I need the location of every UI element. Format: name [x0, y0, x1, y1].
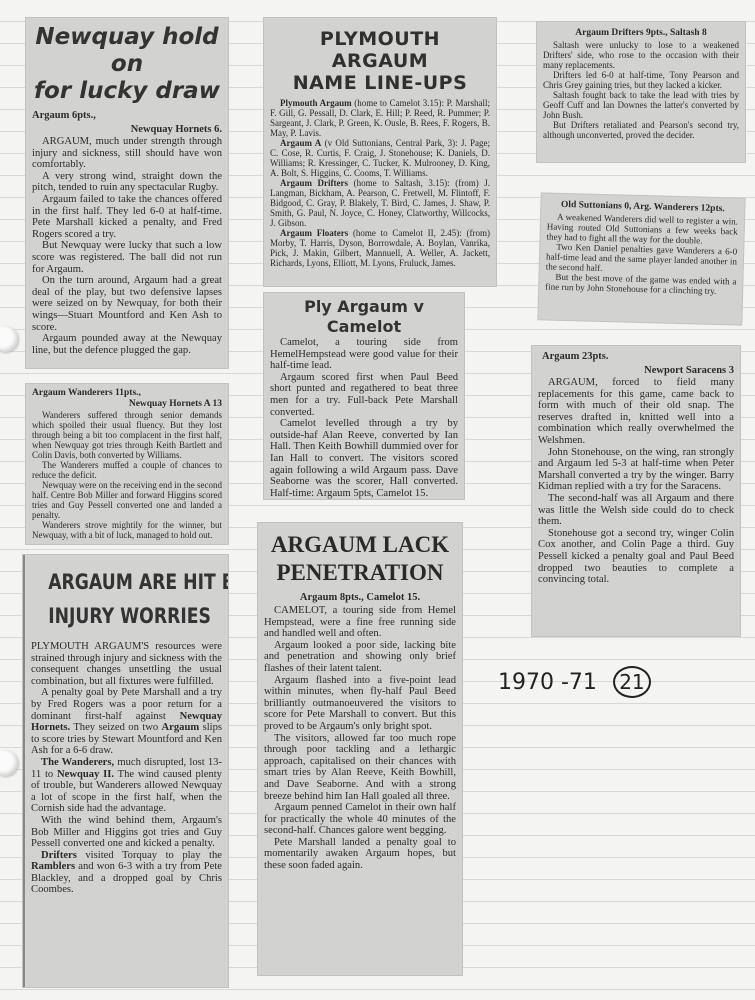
paragraph: PLYMOUTH ARGAUM'S resources were straine… — [31, 641, 222, 687]
handwritten-annotation: 1970 -7121 — [498, 666, 651, 698]
paragraph: Saltash were unlucky to lose to a weaken… — [543, 40, 739, 70]
headline-line: PLYMOUTH ARGAUM — [270, 28, 490, 72]
paragraph: Newquay were on the receiving end in the… — [32, 480, 222, 520]
paragraph: But Drifters retaliated and Pearson's se… — [543, 120, 739, 140]
paragraph: Drifters led 6-0 at half-time, Tony Pear… — [543, 70, 739, 90]
paragraph: A weakened Wanderers did well to registe… — [546, 212, 738, 247]
team-name: Argaum Floaters — [280, 228, 348, 238]
paragraph: The second-half was all Argaum and there… — [538, 493, 734, 528]
score-home: Argaum 6pts., — [32, 109, 222, 123]
page-number-circled: 21 — [613, 666, 651, 698]
headline-line: PENETRATION — [264, 559, 456, 587]
paragraph: Camelot, a touring side from HemelHempst… — [270, 337, 458, 372]
paragraph: ARGAUM, much under strength through inju… — [32, 136, 222, 171]
headline-line: ARGAUM ARE HIT BY — [48, 565, 205, 599]
headline-line: ARGAUM LACK — [264, 531, 456, 559]
score-home: Argaum 23pts. — [538, 350, 734, 364]
paragraph: Drifters visited Torquay to play the Ram… — [31, 850, 222, 896]
team-name: Plymouth Argaum — [280, 98, 352, 108]
score-away: Newport Saracens 3 — [538, 364, 734, 377]
paragraph: On the turn around, Argaum had a great d… — [32, 275, 222, 333]
clipping-lack-penetration: ARGAUM LACK PENETRATION Argaum 8pts., Ca… — [258, 523, 462, 975]
paragraph: Saltash fought back to take the lead wit… — [543, 90, 739, 120]
clipping-suttonians-wanderers: Old Suttonians 0, Arg. Wanderers 12pts. … — [538, 193, 744, 324]
clipping-lineups: PLYMOUTH ARGAUM NAME LINE-UPS Plymouth A… — [264, 18, 496, 286]
paragraph: The Wanderers, much disrupted, lost 13-1… — [31, 757, 222, 815]
score-away: Newquay Hornets 6. — [32, 123, 222, 136]
clipping-newquay-draw: Newquay hold on for lucky draw Argaum 6p… — [26, 18, 228, 368]
paragraph: Pete Marshall landed a penalty goal to m… — [264, 837, 456, 872]
text: They seized on two — [70, 722, 161, 733]
headline-line: for lucky draw — [32, 78, 222, 105]
paragraph: Argaum scored first when Paul Beed short… — [270, 372, 458, 418]
clipping-injury-worries: ARGAUM ARE HIT BY INJURY WORRIES PLYMOUT… — [23, 555, 228, 987]
paragraph: The visitors, allowed far too much rope … — [264, 733, 456, 803]
paragraph: The Wanderers muffed a couple of chances… — [32, 460, 222, 480]
clipping-ply-camelot: Ply Argaum v Camelot Camelot, a touring … — [264, 293, 464, 499]
headline: Newquay hold on for lucky draw — [32, 24, 222, 105]
team-name: Argaum Drifters — [280, 178, 348, 188]
score-line: Argaum 8pts., Camelot 15. — [264, 591, 456, 605]
paragraph: But Newquay were lucky that such a low s… — [32, 240, 222, 275]
team-name: Newquay II. — [57, 769, 114, 780]
score-line: Argaum Drifters 9pts., Saltash 8 — [543, 26, 739, 40]
season-label: 1970 -71 — [498, 670, 597, 695]
paragraph: Argaum flashed into a five-point lead wi… — [264, 675, 456, 733]
binder-hole — [0, 326, 18, 352]
team-name: Argaum A — [280, 138, 321, 148]
paragraph: Argaum penned Camelot in their own half … — [264, 802, 456, 837]
paragraph: Stonehouse got a second try, winger Coli… — [538, 528, 734, 586]
clipping-newport-saracens: Argaum 23pts. Newport Saracens 3 ARGAUM,… — [532, 346, 740, 636]
team-lineup: Argaum A (v Old Suttonians, Central Park… — [270, 138, 490, 178]
paragraph: Wanderers strove mightily for the winner… — [32, 520, 222, 540]
paragraph: Argaum looked a poor side, lacking bite … — [264, 640, 456, 675]
binder-hole — [0, 750, 18, 776]
paragraph: CAMELOT, a touring side from Hemel Hemps… — [264, 605, 456, 640]
paragraph: But the best move of the game was ended … — [545, 271, 736, 296]
headline-line: Newquay hold on — [32, 24, 222, 78]
team-name: The Wanderers, — [41, 757, 114, 768]
team-name: Ramblers — [31, 861, 75, 872]
paragraph: A penalty goal by Pete Marshall and a tr… — [31, 687, 222, 757]
paragraph: With the wind behind them, Argaum's Bob … — [31, 815, 222, 850]
score-home: Argaum Wanderers 11pts., — [32, 388, 222, 399]
team-name: Argaum — [162, 722, 200, 733]
team-lineup: Plymouth Argaum (home to Camelot 3.15): … — [270, 98, 490, 138]
clipping-wanderers-newquay: Argaum Wanderers 11pts., Newquay Hornets… — [26, 384, 228, 544]
paragraph: Two Ken Daniel penalties gave Wanderers … — [546, 242, 738, 277]
paragraph: ARGAUM, forced to field many replacement… — [538, 377, 734, 447]
headline: Ply Argaum v Camelot — [270, 297, 458, 337]
headline-line: INJURY WORRIES — [48, 599, 205, 633]
headline-line: NAME LINE-UPS — [270, 72, 490, 94]
paragraph: A very strong wind, straight down the pi… — [32, 171, 222, 194]
text: visited Torquay to play the — [77, 850, 222, 861]
clipping-drifters-saltash: Argaum Drifters 9pts., Saltash 8 Saltash… — [537, 22, 745, 162]
team-lineup: Argaum Drifters (home to Saltash, 3.15):… — [270, 178, 490, 228]
team-name: Drifters — [41, 850, 77, 861]
paragraph: Argaum failed to take the chances offere… — [32, 194, 222, 240]
paragraph: Argaum pounded away at the Newquay line,… — [32, 333, 222, 356]
score-away: Newquay Hornets A 13 — [32, 399, 222, 410]
paragraph: Wanderers suffered through senior demand… — [32, 410, 222, 460]
team-lineup: Argaum Floaters (home to Camelot II, 2.4… — [270, 228, 490, 268]
paragraph: Camelot levelled through a try by outsid… — [270, 418, 458, 499]
paragraph: John Stonehouse, on the wing, ran strong… — [538, 447, 734, 493]
